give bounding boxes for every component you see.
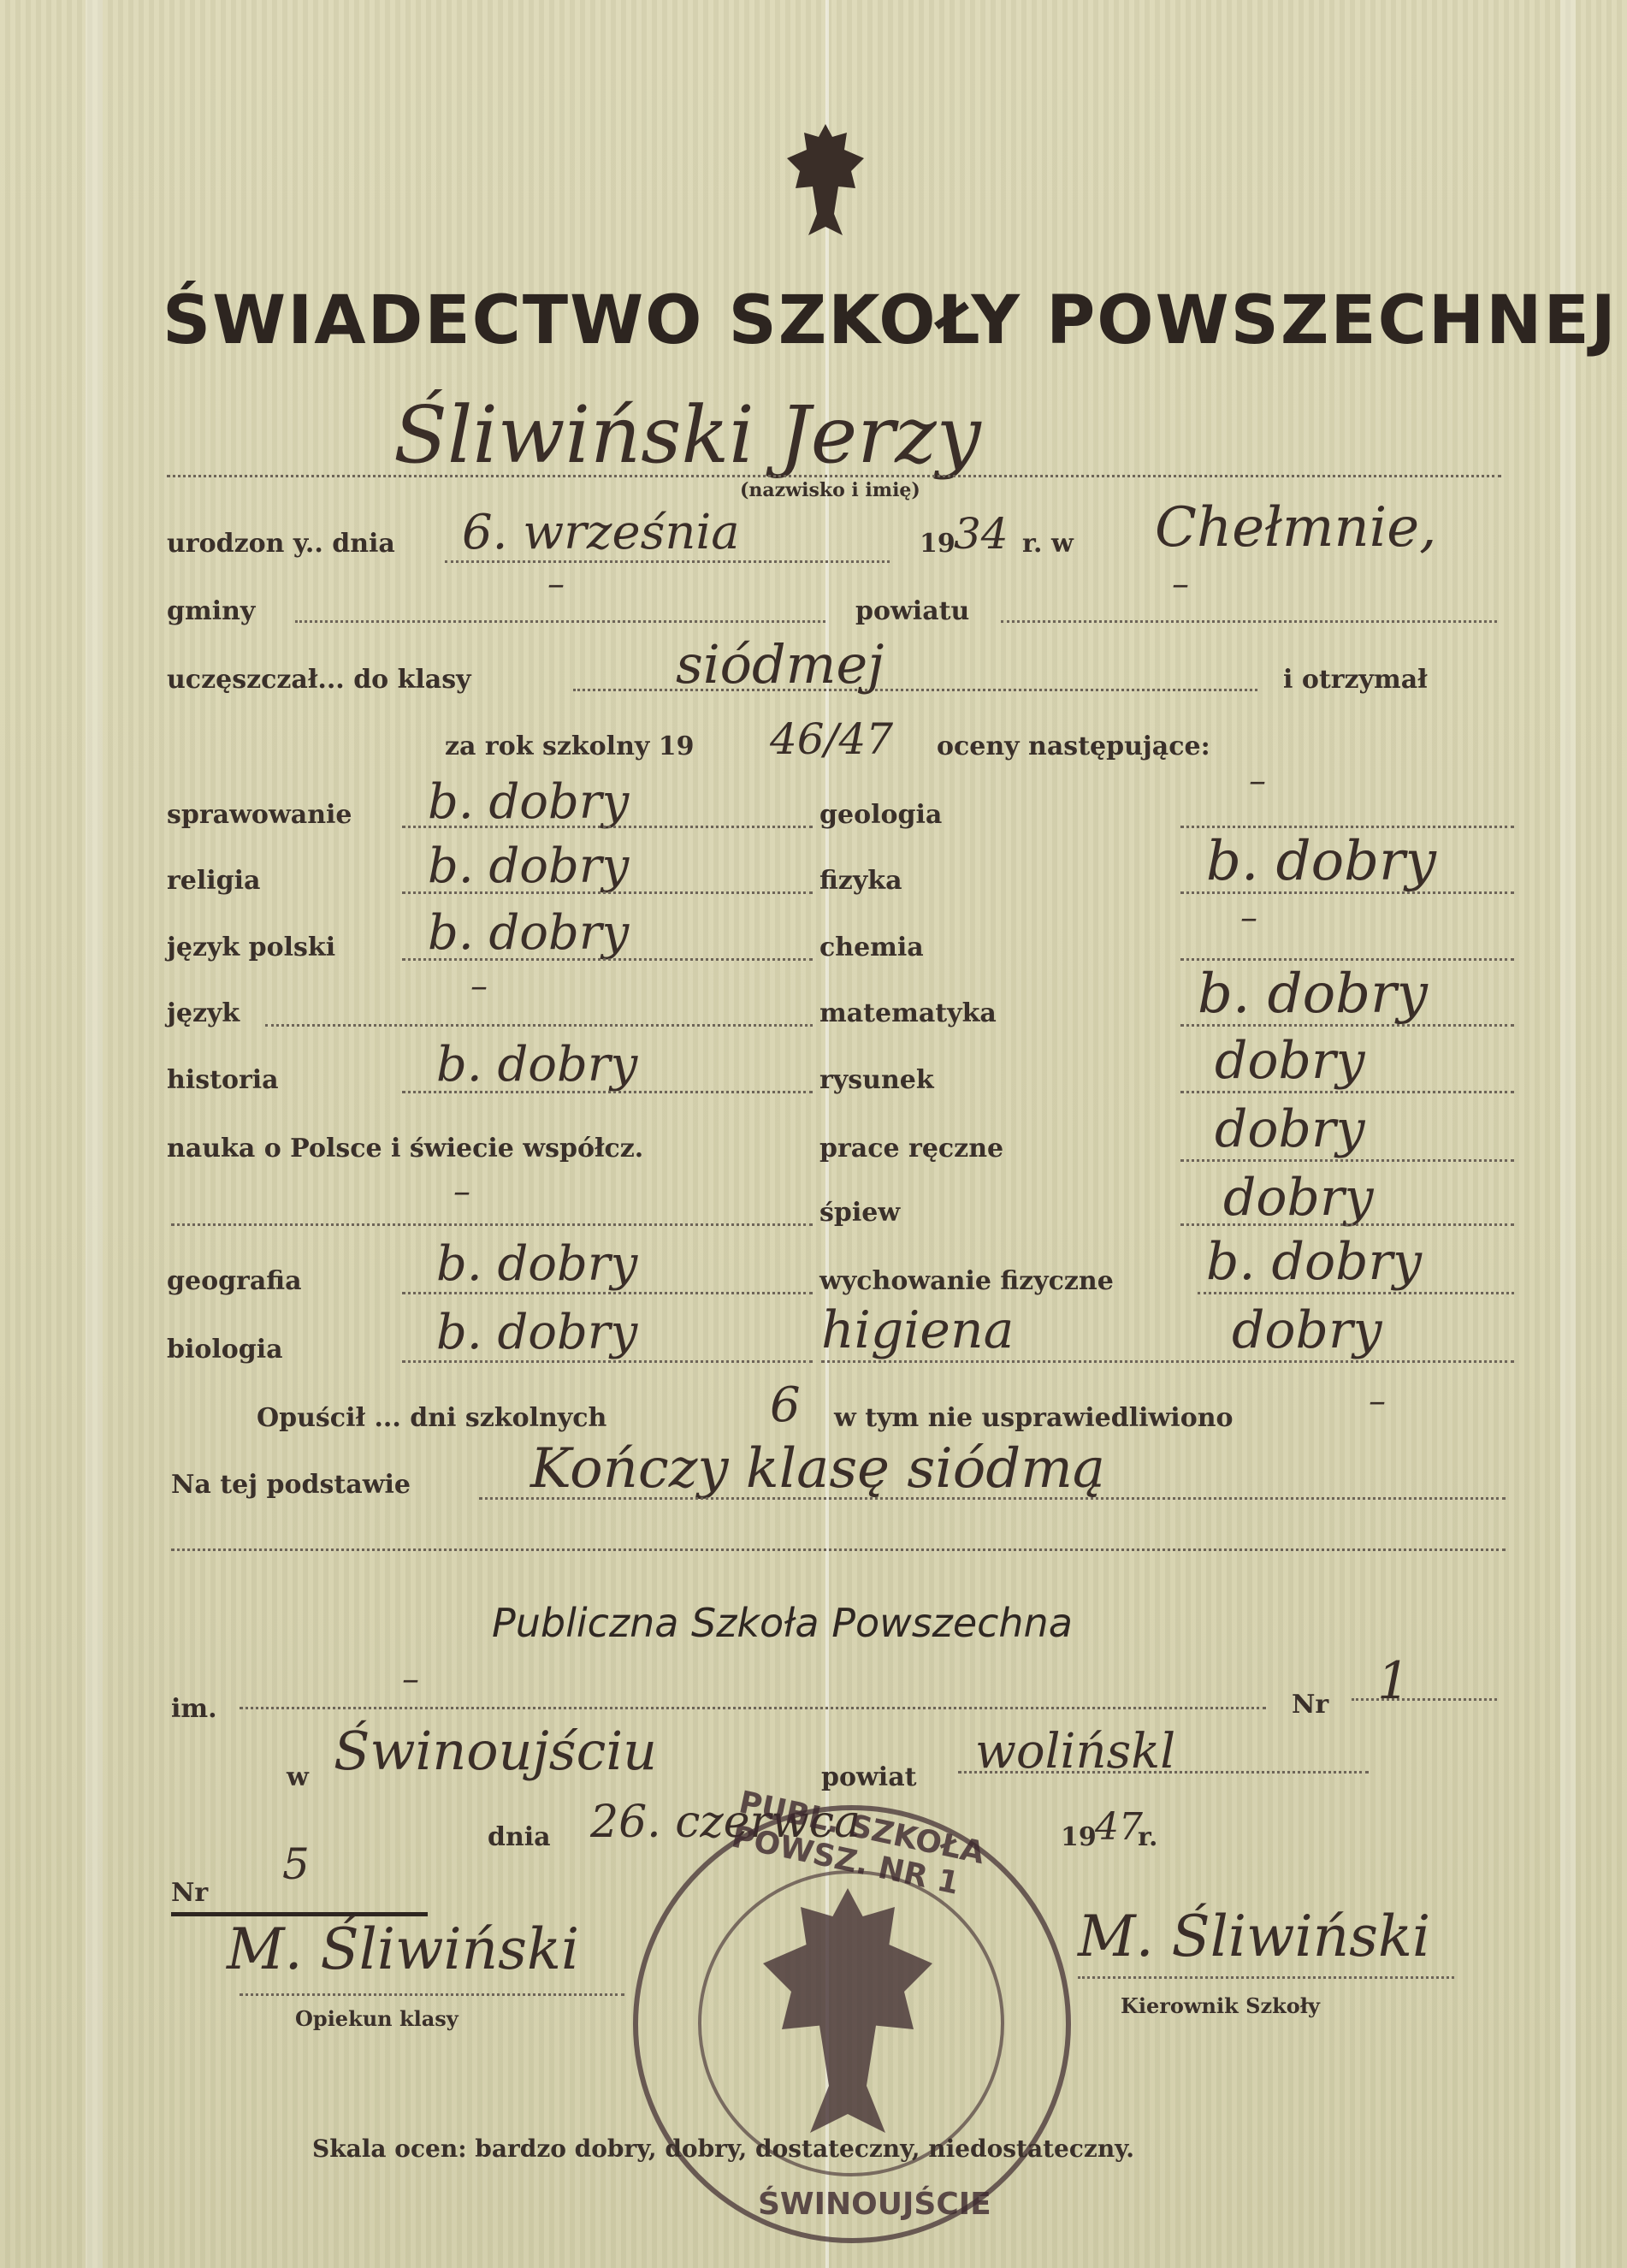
issue-year: 47: [1095, 1805, 1143, 1849]
grade-geografia: b. dobry: [436, 1236, 637, 1292]
grade-sprawowanie: b. dobry: [428, 774, 629, 830]
birth-place: Chełmnie,: [1155, 496, 1436, 560]
grade-rysunek: dobry: [1215, 1031, 1365, 1091]
grading-scale: Skala ocen: bardzo dobry, dobry, dostate…: [312, 2135, 1134, 2163]
grade-line: [402, 1091, 813, 1093]
patron-line: [240, 1707, 1266, 1709]
name-caption: (nazwisko i imię): [740, 479, 920, 501]
label-dnia: dnia: [488, 1822, 551, 1852]
school-patron: –: [402, 1660, 419, 1699]
grade-jezyk: –: [470, 967, 488, 1006]
grade-line: [1180, 958, 1514, 961]
missed-days: 6: [770, 1377, 801, 1433]
label-powiat: powiatu: [855, 596, 969, 626]
label-nr: Nr: [1292, 1690, 1328, 1720]
label-attended: uczęszczał... do klasy: [167, 665, 471, 695]
grade-line: [402, 958, 813, 961]
grade-line: [402, 826, 813, 828]
grade-line: [402, 1360, 813, 1363]
subject-religia: religia: [167, 866, 261, 896]
grade-line: [1180, 1159, 1514, 1162]
school-town: Świnoujściu: [334, 1720, 657, 1782]
grade-line: [1180, 891, 1514, 894]
label-cert-nr: Nr: [171, 1878, 208, 1908]
subject-jezyk: język: [167, 998, 240, 1028]
grade-spiew: dobry: [1223, 1168, 1374, 1228]
subject-rysunek: rysunek: [819, 1065, 934, 1095]
label-school-powiat: powiat: [821, 1762, 917, 1792]
subject-sprawowanie: sprawowanie: [167, 800, 352, 830]
label-school-year: za rok szkolny 19: [445, 731, 695, 761]
subject-geografia: geografia: [167, 1266, 302, 1296]
caption-headmaster: Kierownik Szkoły: [1121, 1993, 1320, 2018]
name-line: [167, 475, 1501, 477]
grade-matematyka: b. dobry: [1198, 962, 1428, 1026]
grade-jezyk-polski: b. dobry: [428, 905, 629, 961]
grade-line: [171, 1223, 813, 1226]
grade-fizyka: b. dobry: [1206, 830, 1436, 893]
subject-wychowanie-fizyczne: wychowanie fizyczne: [819, 1266, 1114, 1296]
student-name: Śliwiński Jerzy: [393, 389, 981, 481]
label-gmina: gminy: [167, 596, 255, 626]
grade-chemia: –: [1240, 898, 1257, 938]
subject-chemia: chemia: [819, 933, 924, 962]
gmina-line: [295, 620, 825, 623]
subject-nauka-o-polsce: nauka o Polsce i świecie współcz.: [167, 1134, 643, 1164]
blank-line: [171, 1549, 1506, 1551]
grade-nauka-o-polsce: –: [453, 1172, 470, 1211]
subject-fizyka: fizyka: [819, 866, 902, 896]
school-year: 46/47: [770, 714, 893, 764]
subject-spiew: śpiew: [819, 1198, 900, 1228]
powiat-value: –: [1172, 565, 1189, 604]
grade-line: [821, 1360, 1514, 1363]
subject-matematyka: matematyka: [819, 998, 997, 1028]
grade-higiena: dobry: [1232, 1300, 1382, 1360]
grade-line: [1198, 1292, 1514, 1294]
label-basis: Na tej podstawie: [171, 1470, 411, 1500]
grade-prace-reczne: dobry: [1215, 1099, 1365, 1159]
grade-line: [1180, 1091, 1514, 1093]
grade-line: [1180, 826, 1514, 828]
grade-wychowanie-fizyczne: b. dobry: [1206, 1232, 1422, 1292]
class-value: siódmej: [676, 633, 884, 696]
subject-geologia: geologia: [819, 800, 942, 830]
grade-geologia: –: [1249, 761, 1266, 801]
document-title: ŚWIADECTWO SZKOŁY POWSZECHNEJ: [163, 282, 1618, 359]
paper-border-left: [86, 0, 103, 2268]
school-number-line: [1352, 1698, 1497, 1701]
subject-higiena: higiena: [821, 1300, 1014, 1360]
label-grades-follow: oceny następujące:: [937, 731, 1210, 761]
caption-class-guardian: Opiekun klasy: [295, 2006, 459, 2031]
signature-headmaster: M. Śliwiński: [1078, 1904, 1430, 1969]
polish-eagle-icon: [783, 120, 868, 248]
subject-historia: historia: [167, 1065, 279, 1095]
signature-left-line: [240, 1993, 624, 1996]
school-name: Publiczna Szkoła Powszechna: [492, 1600, 1073, 1646]
issue-year-suffix: r.: [1138, 1822, 1158, 1852]
subject-jezyk-polski: język polski: [167, 933, 335, 962]
basis-value: Kończy klasę siódmą: [530, 1437, 1105, 1501]
grade-historia: b. dobry: [436, 1037, 637, 1093]
birth-year: 34: [954, 509, 1009, 559]
grade-line: [265, 1024, 813, 1027]
birth-year-prefix: 19: [920, 529, 955, 559]
label-w: w: [287, 1762, 309, 1792]
issue-year-prefix: 19: [1061, 1822, 1097, 1852]
birth-date: 6. września: [462, 505, 740, 560]
unexcused-days: –: [1369, 1382, 1386, 1421]
grade-line: [1180, 1223, 1514, 1226]
school-number: 1: [1377, 1651, 1410, 1711]
signature-right-line: [1078, 1976, 1454, 1979]
subject-biologia: biologia: [167, 1335, 283, 1365]
label-unexcused: w tym nie usprawiedliwiono: [834, 1403, 1234, 1433]
label-im: im.: [171, 1694, 217, 1724]
cert-number: 5: [282, 1839, 310, 1889]
grade-line: [402, 1292, 813, 1294]
basis-line: [479, 1497, 1506, 1500]
birth-date-line: [445, 560, 890, 563]
label-place: r. w: [1022, 529, 1074, 559]
grade-biologia: b. dobry: [436, 1305, 637, 1360]
grade-line: [402, 891, 813, 894]
subject-prace-reczne: prace ręczne: [819, 1134, 1003, 1164]
signature-class-guardian: M. Śliwiński: [227, 1916, 579, 1982]
gmina-value: –: [547, 565, 565, 604]
label-missed: Opuścił ... dni szkolnych: [257, 1403, 606, 1433]
grade-line: [1180, 1024, 1514, 1027]
label-received: i otrzymał: [1283, 665, 1428, 695]
powiat-line: [1001, 620, 1497, 623]
grade-religia: b. dobry: [428, 838, 629, 894]
label-born: urodzon y.. dnia: [167, 529, 395, 559]
stamp-eagle-icon: [741, 1879, 955, 2161]
stamp-text-bottom: ŚWINOUJŚCIE: [758, 2187, 991, 2222]
school-stamp: PUBL. SZKOŁA POWSZ. NR 1 ŚWINOUJŚCIE: [633, 1805, 1071, 2243]
school-powiat-line: [958, 1771, 1369, 1774]
